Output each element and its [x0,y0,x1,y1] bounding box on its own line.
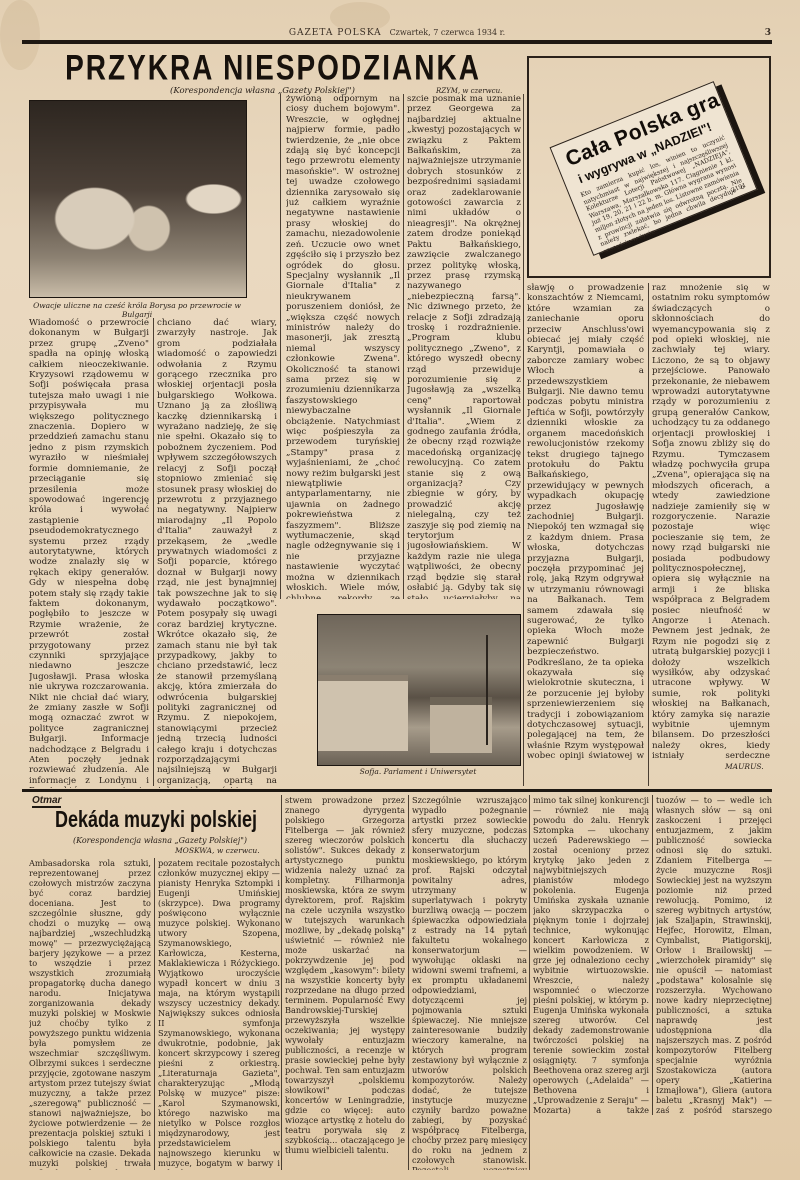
article-column: Ambasadorska rola sztuki, reprezentowane… [29,858,151,1170]
newspaper-page: GAZETA POLSKA Czwartek, 7 czerwca 1934 r… [0,0,800,1180]
photo-sofia-parliament [317,614,521,766]
column-divider [529,795,530,1170]
photo-caption: Sofja. Parlament i Uniwersytet [317,767,519,776]
article-column: żywioną odpornym na ciosy duchem bojowym… [286,94,400,599]
masthead-rule [22,40,772,44]
article-headline: PRZYKRA NIESPODZIANKA [38,48,508,88]
column-divider [154,858,155,1170]
column-divider [281,795,282,1170]
column-divider [648,283,649,786]
article-correspondence: (Korespondencja własna „Gazety Polskiej"… [50,836,270,845]
article-column: stwem prowadzone przez znanego dyrygenta… [285,795,405,1170]
article-column: tuozów — to — wedle ich własnych słów — … [656,795,772,1115]
column-divider [153,318,154,786]
article-column: raz mnożenie się w ostatnim roku symptom… [652,283,770,761]
paper-name: GAZETA POLSKA [289,28,382,38]
article-signature: MAURUS. [725,762,764,771]
building-shape [430,697,492,753]
section-rule [22,789,772,792]
article-column: Wiadomość o przewrocie dokonanym w Bułga… [29,318,149,788]
column-divider [523,94,524,786]
column-divider [403,94,404,599]
photo-caption: Owacje uliczne na cześć króla Borysa po … [29,301,245,319]
article-column: sławję o prowadzenie konszachtów z Niemc… [527,283,644,761]
column-divider [280,94,281,599]
masthead: GAZETA POLSKA Czwartek, 7 czerwca 1934 r… [22,28,772,40]
article-column: szcie posmak ma uznanie przez Georgewa z… [407,94,521,599]
article-headline: Dekáda muzyki polskiej [36,806,276,833]
article-column: Szczególnie wzruszająco wypadło pożegnan… [412,795,527,1170]
building-shape [318,675,408,751]
page-number: 3 [765,28,772,38]
article-column: chciano dać wiary, zwarzyły nastroje. Ja… [157,318,277,788]
lamp-post-shape [486,635,488,745]
article-dateline: MOSKWA, w czerwcu. [175,846,260,855]
article-column: mimo tak silnej konkurencji — również ni… [533,795,649,1115]
photo-street-ovation [29,100,247,298]
column-divider [652,795,653,1115]
column-divider [408,795,409,1170]
article-column: pozatem recitale pozostałych członków mu… [158,858,280,1170]
issue-date: Czwartek, 7 czerwca 1934 r. [390,28,506,37]
